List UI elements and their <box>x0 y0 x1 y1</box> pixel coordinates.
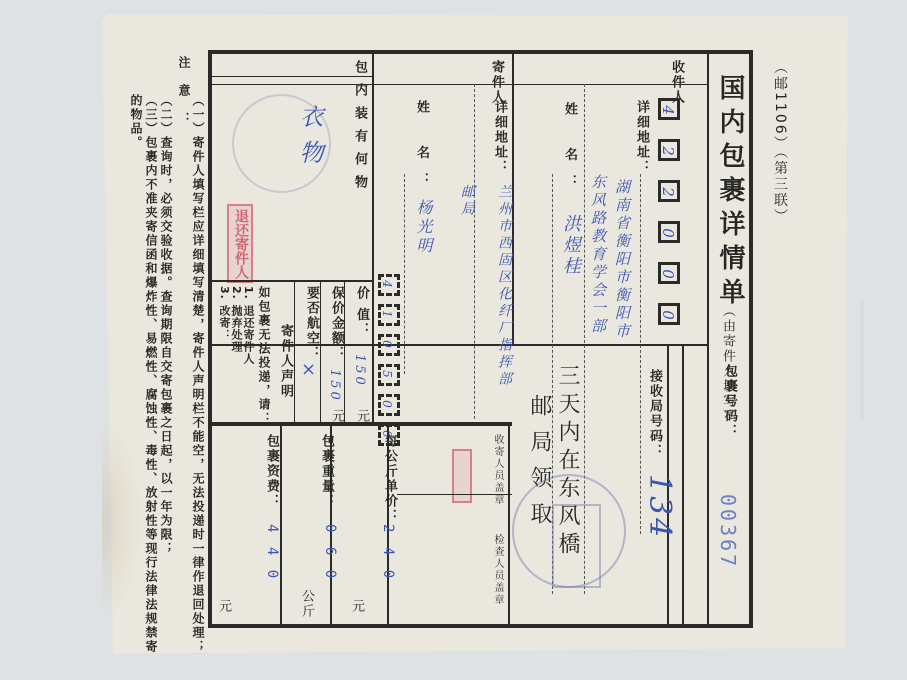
divider <box>707 54 709 624</box>
divider <box>508 424 510 624</box>
declaration-text: 如包裹无法投递，请： <box>256 286 273 426</box>
recipient-address-label: 详细地址： <box>632 100 651 175</box>
recipient-postcode-box[interactable]: 0 <box>658 221 680 243</box>
unit-price-unit: 元 <box>347 599 366 614</box>
form-title: 国内包裹详情单 <box>712 74 749 312</box>
recipient-postcode-box[interactable]: 2 <box>658 139 680 161</box>
contents-label: 包内装有何物 <box>350 60 369 198</box>
declaration-title: 寄件人声明 <box>276 324 295 399</box>
postage-label: 包裹资费： <box>262 434 281 509</box>
sender-address-value[interactable]: 兰州市西固区化纤厂指挥部 <box>494 184 514 388</box>
value-label: 价 值： <box>352 286 371 338</box>
parcel-number-value: 00367 <box>716 494 740 569</box>
insured-amount-label: 保价金额： <box>327 286 346 361</box>
divider <box>212 76 372 77</box>
sender-section-label: 寄件人 <box>487 60 506 105</box>
note-1: （一）寄件人填写栏应详细填写清楚，寄件人声明栏不能空，无法投递时一律作退回处理； <box>190 94 205 654</box>
value-amount[interactable]: 150 <box>352 354 367 388</box>
insured-amount-unit: 元 <box>327 409 346 424</box>
insured-amount-value[interactable]: 150 <box>327 369 342 403</box>
divider <box>397 494 512 495</box>
name-underline <box>404 174 405 374</box>
checker-stamp-label: 检查人员盖章 <box>490 534 505 606</box>
sender-postcode-box[interactable]: 0 <box>378 394 400 416</box>
sender-postcode-box[interactable]: 4 <box>378 274 400 296</box>
divider <box>212 424 512 426</box>
postage-value[interactable]: 4 4 0 <box>264 524 280 581</box>
sender-name-label: 姓 名： <box>412 100 431 200</box>
sender-postcode-box[interactable]: 5 <box>378 364 400 386</box>
recipient-postcode-box[interactable]: 2 <box>658 180 680 202</box>
clerk-stamp-label: 收寄人员盖章 <box>490 434 505 506</box>
postage-unit: 元 <box>214 599 233 614</box>
sender-address-value-line2[interactable]: 邮局 <box>457 184 477 218</box>
unit-price-label: 每公斤单价： <box>380 434 399 524</box>
postmark-date-box <box>552 504 601 588</box>
divider <box>682 344 684 624</box>
receiving-office-label: 接收局号码： <box>645 369 664 459</box>
divider <box>212 84 707 85</box>
airmail-value[interactable]: × <box>298 359 319 383</box>
divider <box>212 280 372 282</box>
note-2: （二）查询时，必须交验收据。查询期限自交寄包裹之日起，以一年为限； <box>158 94 173 654</box>
recipient-address-value-line2[interactable]: 东风路教育学会一部 <box>588 174 609 336</box>
divider <box>372 54 374 424</box>
declaration-option-3[interactable]: 3. 改寄： <box>216 286 232 341</box>
address-underline <box>474 84 475 419</box>
recipient-name-label: 姓 名： <box>560 102 579 202</box>
receiving-office-value: 134 <box>642 474 677 540</box>
sender-address-label: 详细地址： <box>490 100 509 175</box>
value-unit: 元 <box>352 409 371 424</box>
recipient-postcode-box[interactable]: 0 <box>658 303 680 325</box>
sender-postcode-box[interactable]: 1 <box>378 304 400 326</box>
airmail-label: 要否航空： <box>302 286 321 361</box>
note-3: （三）包裹内不准夹寄信函和爆炸性、易燃性、腐蚀性、毒性、放射性等现行法律法规禁寄… <box>128 94 158 654</box>
address-underline <box>640 174 641 534</box>
recipient-postcode-box[interactable]: 4 <box>658 98 680 120</box>
contents-value[interactable]: 衣物 <box>292 104 327 176</box>
sender-postcode-box[interactable]: 0 <box>378 334 400 356</box>
weight-value[interactable]: 0 6 0 <box>322 524 338 581</box>
unit-price-value[interactable]: 2 4 0 <box>380 524 396 581</box>
recipient-postcode-box[interactable]: 0 <box>658 262 680 284</box>
paper-edge-shadow <box>860 300 864 420</box>
parcel-form: 国内包裹详情单 （由寄件人填写） 包裹号码： 00367 接收局号码： 134 … <box>208 50 753 628</box>
recipient-name-value[interactable]: 洪煜桂 <box>557 214 583 277</box>
red-return-stamp: 退还寄件人 <box>227 204 253 283</box>
parcel-number-label: 包裹号码： <box>720 364 739 439</box>
weight-label: 包裹重量： <box>317 434 336 509</box>
sender-name-value[interactable]: 杨光明 <box>412 199 435 256</box>
form-code: （邮1106）（第三联） <box>770 60 790 225</box>
weight-unit: 公斤 <box>297 589 316 619</box>
recipient-address-value[interactable]: 湖南省衡阳市衡阳市 <box>612 179 633 341</box>
